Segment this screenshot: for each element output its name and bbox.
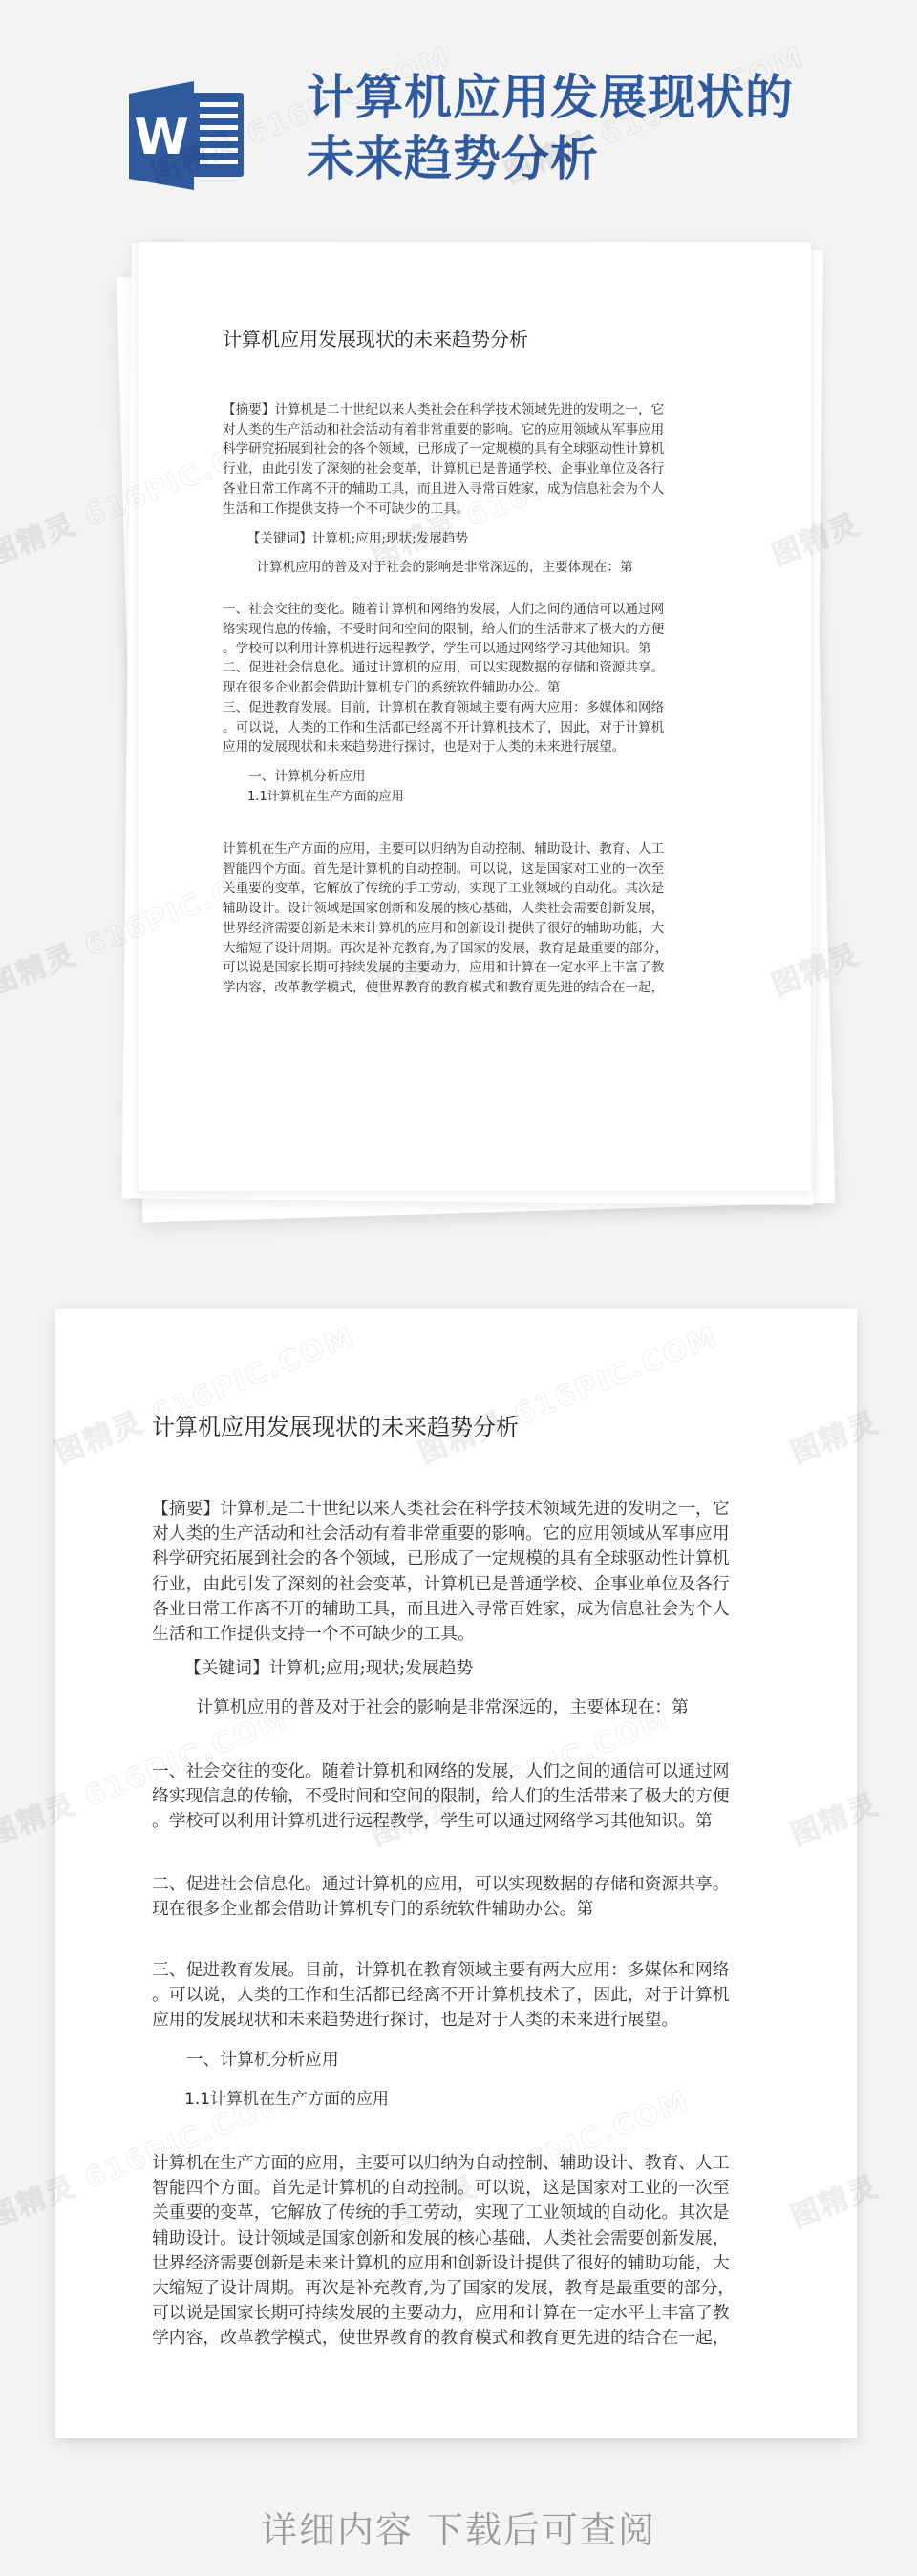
text-line: 二、促进社会信息化。通过计算机的应用，可以实现数据的存储和资源共享。 — [152, 1872, 744, 1897]
text-line: 大缩短了设计周期。再次是补充教育,为了国家的发展，教育是最重要的部分， — [152, 2276, 744, 2301]
word-document-icon: W — [127, 79, 245, 192]
hero-title-line-1: 计算机应用发展现状的 — [307, 67, 794, 128]
keywords-line: 【关键词】计算机;应用;现状;发展趋势 — [223, 529, 717, 549]
text-line: 智能四个方面。首先是计算机的自动控制。可以说，这是国家对工业的一次至 — [152, 2176, 744, 2201]
text-line: 生活和工作提供支持一个不可缺少的工具。 — [223, 500, 717, 520]
text-line: 计算机在生产方面的应用，主要可以归纳为自动控制、辅助设计、教育、人工 — [152, 2151, 744, 2176]
text-line: 一、社会交往的变化。随着计算机和网络的发展，人们之间的通信可以通过网 — [223, 600, 717, 620]
text-line: 科学研究拓展到社会的各个领域，已形成了一定规模的具有全球驱动性计算机 — [152, 1546, 744, 1571]
text-line: 生活和工作提供支持一个不可缺少的工具。 — [152, 1622, 744, 1647]
intro-line: 计算机应用的普及对于社会的影响是非常深远的，主要体现在：第 — [223, 558, 717, 578]
section-3-paragraph: 三、促进教育发展。目前，计算机在教育领域主要有两大应用：多媒体和网络 。可以说，… — [152, 1958, 744, 2033]
heading-1-1: 1.1计算机在生产方面的应用 — [152, 2087, 744, 2112]
text-line: 。学校可以利用计算机进行远程教学，学生可以通过网络学习其他知识。第 — [152, 1809, 744, 1834]
text-line: 对人类的生产活动和社会活动有着非常重要的影响。它的应用领域从军事应用 — [152, 1522, 744, 1546]
text-line: 大缩短了设计周期。再次是补充教育,为了国家的发展，教育是最重要的部分， — [223, 939, 717, 959]
intro-line: 计算机应用的普及对于社会的影响是非常深远的，主要体现在：第 — [152, 1695, 744, 1720]
section-2-paragraph: 二、促进社会信息化。通过计算机的应用，可以实现数据的存储和资源共享。 现在很多企… — [152, 1872, 744, 1922]
text-line: 【摘要】计算机是二十世纪以来人类社会在科学技术领域先进的发明之一，它 — [223, 400, 717, 420]
section-1-paragraph: 一、社会交往的变化。随着计算机和网络的发展，人们之间的通信可以通过网 络实现信息… — [223, 600, 717, 659]
text-line: 现在很多企业都会借助计算机专门的系统软件辅助办公。第 — [152, 1897, 744, 1922]
text-line: 学内容，改革教学模式，使世界教育的教育模式和教育更先进的结合在一起， — [152, 2326, 744, 2351]
production-paragraph: 计算机在生产方面的应用，主要可以归纳为自动控制、辅助设计、教育、人工 智能四个方… — [223, 840, 717, 998]
text-line: 络实现信息的传输，不受时间和空间的限制，给人们的生活带来了极大的方便 — [223, 620, 717, 640]
text-line: 对人类的生产活动和社会活动有着非常重要的影响。它的应用领域从军事应用 — [223, 420, 717, 440]
abstract-paragraph: 【摘要】计算机是二十世纪以来人类社会在科学技术领域先进的发明之一，它 对人类的生… — [152, 1497, 744, 1647]
document-page[interactable]: 计算机应用发展现状的未来趋势分析 【摘要】计算机是二十世纪以来人类社会在科学技术… — [55, 1309, 857, 2438]
text-line: 关重要的变革，它解放了传统的手工劳动，实现了工业领域的自动化。其次是 — [223, 879, 717, 899]
text-line: 世界经济需要创新是未来计算机的应用和创新设计提供了很好的辅助功能，大 — [223, 919, 717, 939]
document-title: 计算机应用发展现状的未来趋势分析 — [152, 1408, 519, 1441]
download-hint: 详细内容 下载后可查阅 — [0, 2501, 917, 2553]
text-line: 行业，由此引发了深刻的社会变革，计算机已是普通学校、企事业单位及各行 — [152, 1572, 744, 1597]
text-line: 可以说是国家长期可持续发展的主要动力，应用和计算在一定水平上丰富了教 — [152, 2301, 744, 2326]
text-line: 应用的发展现状和未来趋势进行探讨，也是对于人类的未来进行展望。 — [223, 737, 717, 757]
word-icon-letter: W — [134, 109, 188, 166]
text-line: 。可以说，人类的工作和生活都已经离不开计算机技术了，因此，对于计算机 — [223, 718, 717, 738]
text-line: 现在很多企业都会借助计算机专门的系统软件辅助办公。第 — [223, 678, 717, 698]
text-line: 科学研究拓展到社会的各个领域，已形成了一定规模的具有全球驱动性计算机 — [223, 439, 717, 459]
text-line: 。学校可以利用计算机进行远程教学，学生可以通过网络学习其他知识。第 — [223, 639, 717, 659]
text-line: 行业，由此引发了深刻的社会变革，计算机已是普通学校、企事业单位及各行 — [223, 459, 717, 479]
text-line: 络实现信息的传输，不受时间和空间的限制，给人们的生活带来了极大的方便 — [152, 1784, 744, 1809]
heading-1: 一、计算机分析应用 — [223, 767, 717, 787]
text-line: 三、促进教育发展。目前，计算机在教育领域主要有两大应用：多媒体和网络 — [223, 698, 717, 718]
text-line: 二、促进社会信息化。通过计算机的应用，可以实现数据的存储和资源共享。 — [223, 658, 717, 678]
text-line: 应用的发展现状和未来趋势进行探讨，也是对于人类的未来进行展望。 — [152, 2008, 744, 2033]
heading-1: 一、计算机分析应用 — [152, 2048, 744, 2073]
heading-1-1: 1.1计算机在生产方面的应用 — [223, 788, 717, 808]
text-line: 世界经济需要创新是未来计算机的应用和创新设计提供了很好的辅助功能，大 — [152, 2251, 744, 2276]
document-preview-thumbnail[interactable]: 计算机应用发展现状的未来趋势分析 【摘要】计算机是二十世纪以来人类社会在科学技术… — [139, 242, 811, 1191]
hero-title: 计算机应用发展现状的 未来趋势分析 — [307, 67, 794, 189]
hero-title-line-2: 未来趋势分析 — [307, 128, 794, 189]
keywords-line: 【关键词】计算机;应用;现状;发展趋势 — [152, 1656, 744, 1681]
text-line: 一、社会交往的变化。随着计算机和网络的发展，人们之间的通信可以通过网 — [152, 1759, 744, 1784]
section-3-paragraph: 三、促进教育发展。目前，计算机在教育领域主要有两大应用：多媒体和网络 。可以说，… — [223, 698, 717, 757]
text-line: 辅助设计。设计领域是国家创新和发展的核心基础，人类社会需要创新发展， — [152, 2226, 744, 2251]
text-line: 计算机在生产方面的应用，主要可以归纳为自动控制、辅助设计、教育、人工 — [223, 840, 717, 860]
production-paragraph: 计算机在生产方面的应用，主要可以归纳为自动控制、辅助设计、教育、人工 智能四个方… — [152, 2151, 744, 2352]
text-line: 智能四个方面。首先是计算机的自动控制。可以说，这是国家对工业的一次至 — [223, 860, 717, 880]
section-1-paragraph: 一、社会交往的变化。随着计算机和网络的发展，人们之间的通信可以通过网 络实现信息… — [152, 1759, 744, 1835]
text-line: 。可以说，人类的工作和生活都已经离不开计算机技术了，因此，对于计算机 — [152, 1983, 744, 2008]
section-2-paragraph: 二、促进社会信息化。通过计算机的应用，可以实现数据的存储和资源共享。 现在很多企… — [223, 658, 717, 697]
text-line: 可以说是国家长期可持续发展的主要动力，应用和计算在一定水平上丰富了教 — [223, 958, 717, 978]
text-line: 关重要的变革，它解放了传统的手工劳动，实现了工业领域的自动化。其次是 — [152, 2201, 744, 2225]
document-title: 计算机应用发展现状的未来趋势分析 — [223, 324, 528, 351]
text-line: 各业日常工作离不开的辅助工具，而且进入寻常百姓家，成为信息社会为个人 — [152, 1597, 744, 1622]
text-line: 【摘要】计算机是二十世纪以来人类社会在科学技术领域先进的发明之一，它 — [152, 1497, 744, 1522]
abstract-paragraph: 【摘要】计算机是二十世纪以来人类社会在科学技术领域先进的发明之一，它 对人类的生… — [223, 400, 717, 519]
text-line: 辅助设计。设计领域是国家创新和发展的核心基础，人类社会需要创新发展， — [223, 899, 717, 919]
text-line: 学内容，改革教学模式，使世界教育的教育模式和教育更先进的结合在一起， — [223, 978, 717, 998]
text-line: 各业日常工作离不开的辅助工具，而且进入寻常百姓家，成为信息社会为个人 — [223, 479, 717, 500]
text-line: 三、促进教育发展。目前，计算机在教育领域主要有两大应用：多媒体和网络 — [152, 1958, 744, 1983]
